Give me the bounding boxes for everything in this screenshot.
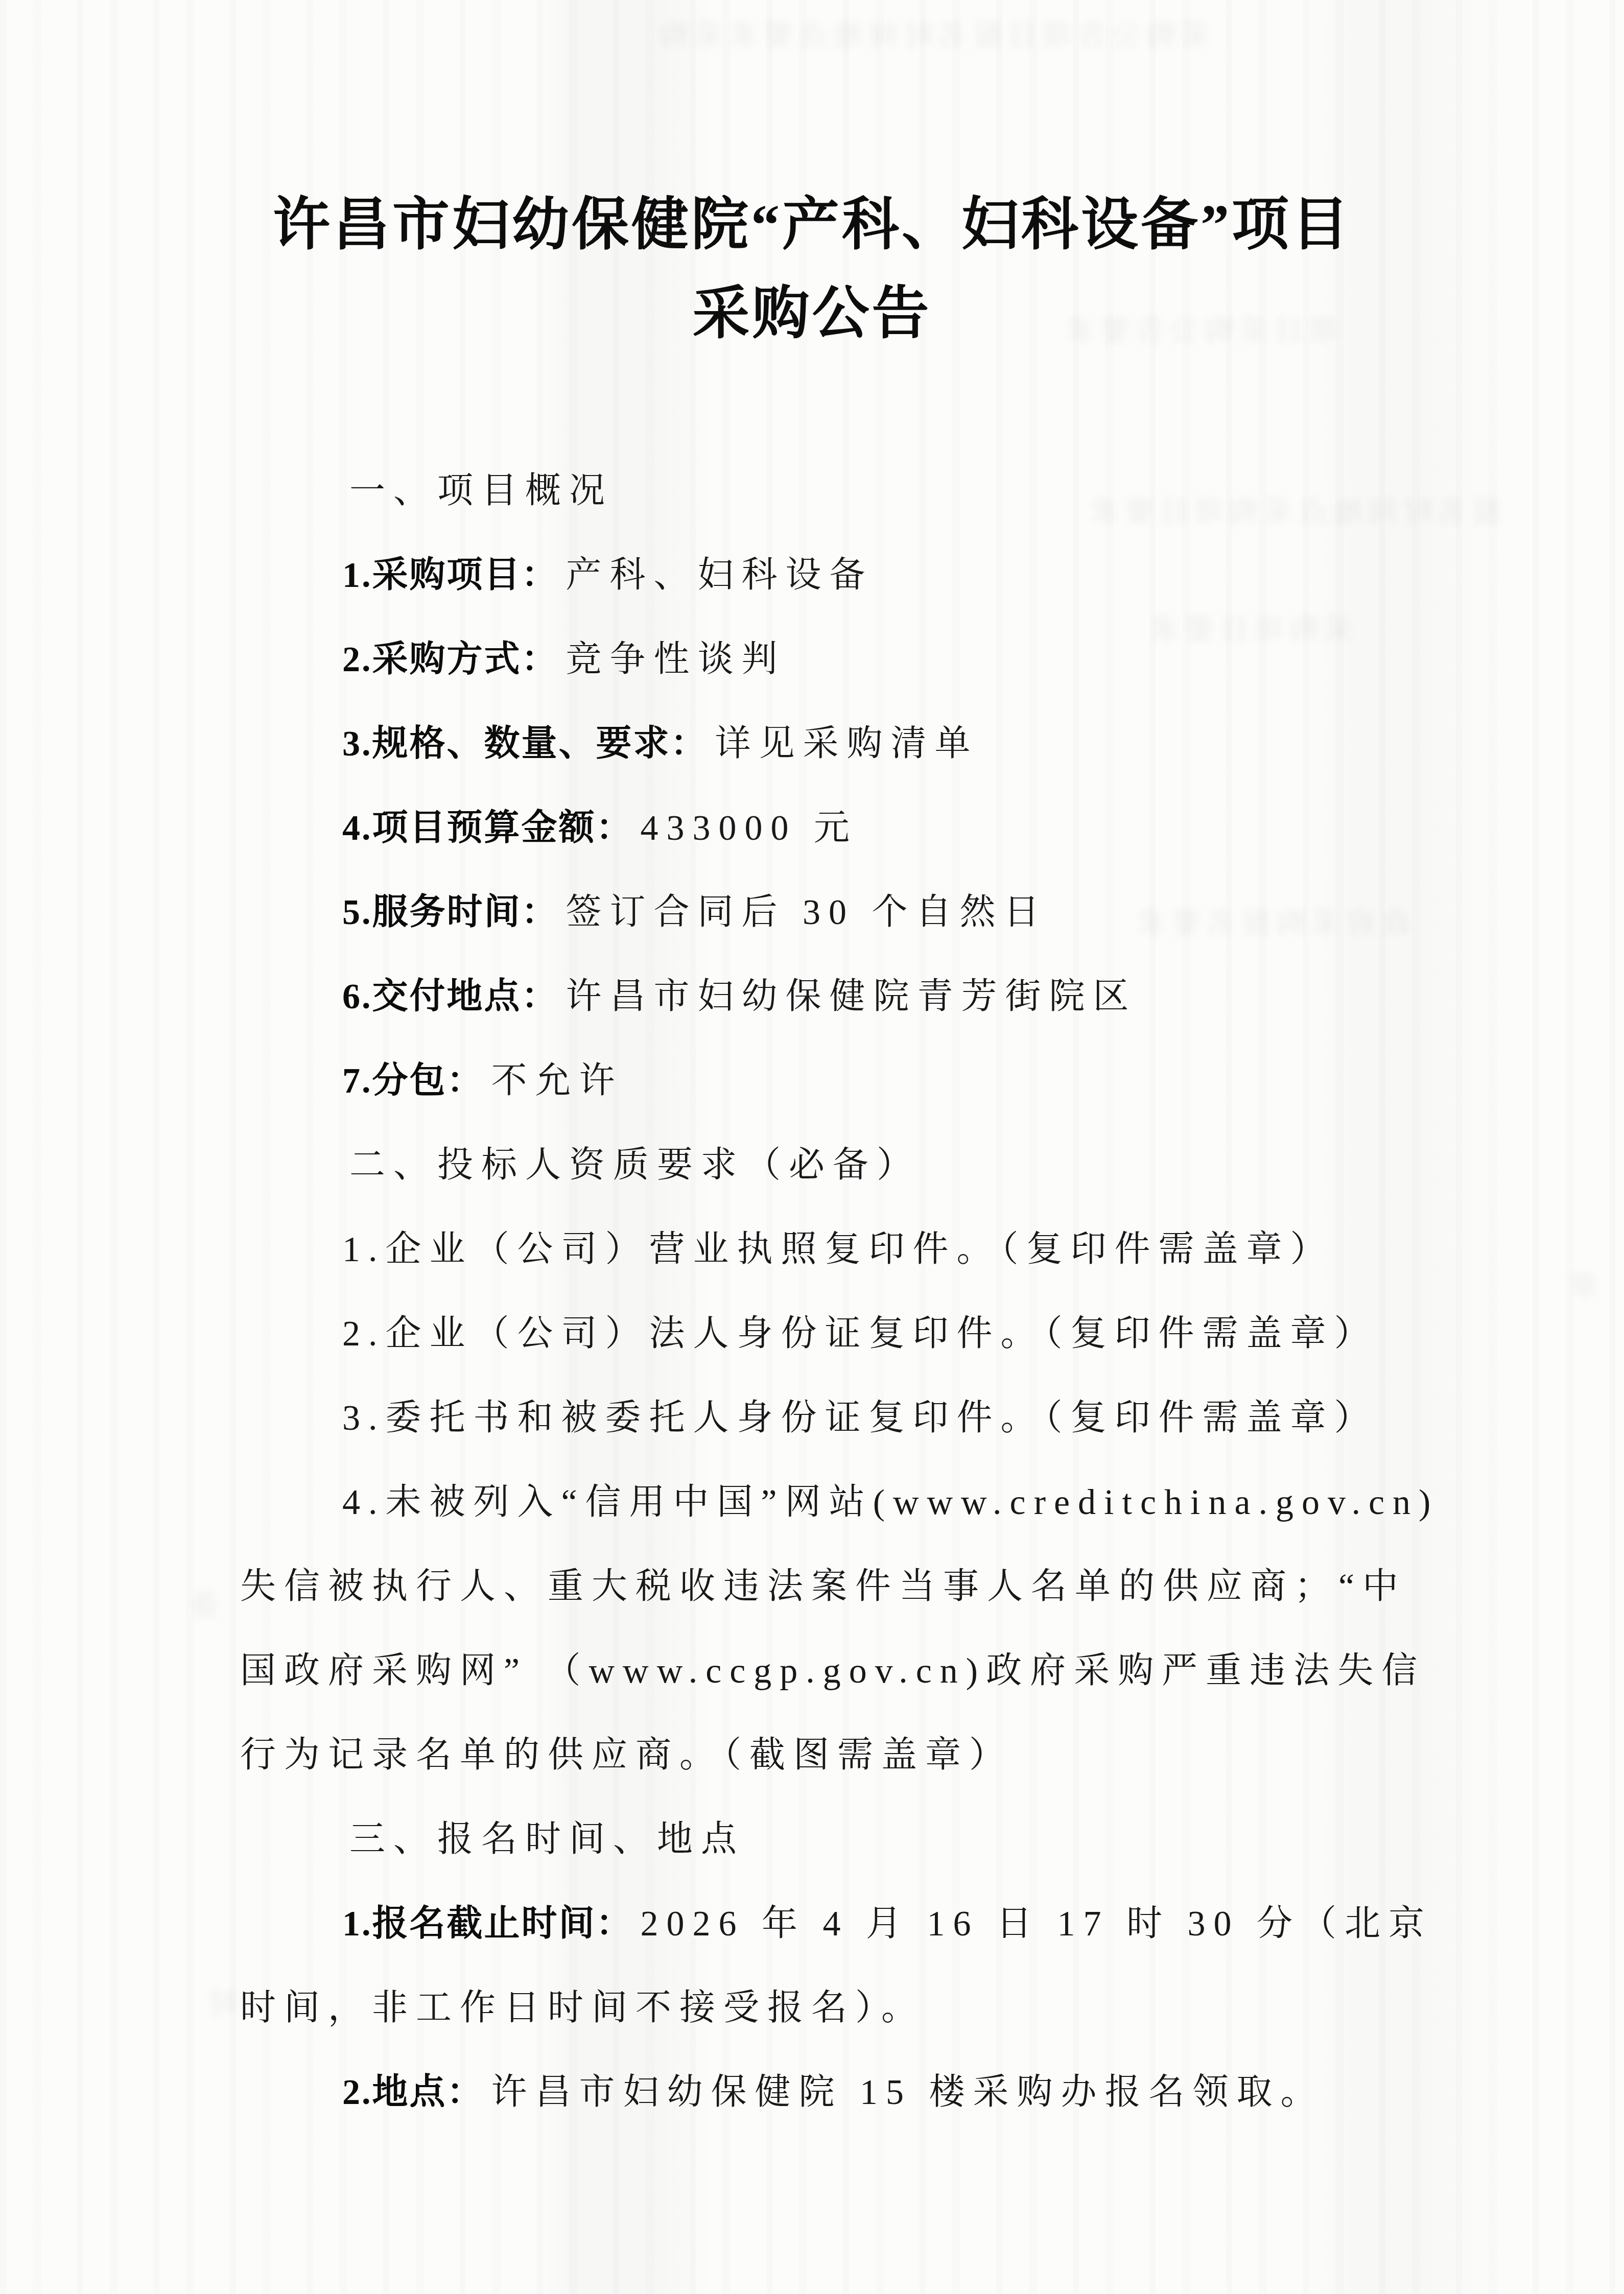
item-value: 许昌市妇幼保健院青芳街院区 xyxy=(566,977,1137,1016)
scanned-document-page: 采购公告项目报名时间地点要求采购 项目采购公告要求 报名时间地点采购项目要求 采… xyxy=(0,0,1624,2294)
document-title-line-1: 许昌市妇幼保健院“产科、妇科设备”项目 xyxy=(61,181,1563,270)
body-text: 行为记录名单的供应商。（截图需盖章） xyxy=(240,1736,1013,1775)
item-value: 竞争性谈判 xyxy=(566,640,786,679)
qualification-item-3: 3.委托书和被委托人身份证复印件。（复印件需盖章） xyxy=(342,1401,1491,1436)
body-text: 时间，非工作日时间不接受报名）。 xyxy=(240,1989,925,2028)
qualification-item-2: 2.企业（公司）法人身份证复印件。（复印件需盖章） xyxy=(342,1316,1491,1352)
body-text: 3.委托书和被委托人身份证复印件。（复印件需盖章） xyxy=(342,1399,1378,1438)
item-label: 2.地点： xyxy=(342,2073,484,2112)
bleed-through-ghost-text: 采购公告项目报名时间地点要求采购 xyxy=(521,11,1211,54)
item-value: 不允许 xyxy=(491,1061,623,1101)
item-label: 6.交付地点： xyxy=(342,977,559,1016)
item-value: 许昌市妇幼保健院 15 楼采购办报名领取。 xyxy=(491,2073,1325,2112)
item-label: 2.采购方式： xyxy=(342,640,559,679)
item-label: 1.采购项目： xyxy=(342,556,559,595)
item-registration-place: 2.地点：许昌市妇幼保健院 15 楼采购办报名领取。 xyxy=(342,2075,1491,2111)
item-label: 1.报名截止时间： xyxy=(342,1904,633,1944)
item-subcontract: 7.分包：不允许 xyxy=(342,1063,1491,1099)
document-title: 许昌市妇幼保健院“产科、妇科设备”项目 采购公告 xyxy=(61,181,1563,359)
document-body: 一、项目概况 1.采购项目：产科、妇科设备 2.采购方式：竞争性谈判 3.规格、… xyxy=(0,474,1624,2111)
section-heading-1: 一、项目概况 xyxy=(342,474,1491,509)
item-budget: 4.项目预算金额：433000 元 xyxy=(342,811,1491,846)
heading-text: 三、报名时间、地点 xyxy=(349,1820,745,1859)
body-text: 国政府采购网” （www.ccgp.gov.cn)政府采购严重违法失信 xyxy=(240,1651,1425,1691)
qualification-item-4-line-2: 失信被执行人、重大税收违法案件当事人名单的供应商；“中 xyxy=(240,1569,1491,1605)
heading-text: 一、项目概况 xyxy=(349,471,613,511)
item-purchase-project: 1.采购项目：产科、妇科设备 xyxy=(342,558,1491,594)
item-deadline-line-2: 时间，非工作日时间不接受报名）。 xyxy=(240,1991,1491,2026)
qualification-item-4-line-3: 国政府采购网” （www.ccgp.gov.cn)政府采购严重违法失信 xyxy=(240,1653,1491,1689)
item-value: 433000 元 xyxy=(641,809,858,848)
heading-text: 二、投标人资质要求（必备） xyxy=(349,1146,921,1185)
item-label: 5.服务时间： xyxy=(342,893,559,932)
item-label: 4.项目预算金额： xyxy=(342,809,633,848)
section-heading-2: 二、投标人资质要求（必备） xyxy=(342,1148,1491,1184)
item-value: 详见采购清单 xyxy=(715,724,979,764)
item-value: 2026 年 4 月 16 日 17 时 30 分（北京 xyxy=(641,1904,1433,1944)
item-value: 产科、妇科设备 xyxy=(566,556,874,595)
item-value: 签订合同后 30 个自然日 xyxy=(566,893,1048,932)
item-label: 7.分包： xyxy=(342,1061,484,1101)
body-text: 1.企业（公司）营业执照复印件。（复印件需盖章） xyxy=(342,1230,1334,1269)
qualification-item-1: 1.企业（公司）营业执照复印件。（复印件需盖章） xyxy=(342,1232,1491,1268)
body-text: 失信被执行人、重大税收违法案件当事人名单的供应商；“中 xyxy=(240,1567,1406,1606)
section-heading-3: 三、报名时间、地点 xyxy=(342,1822,1491,1858)
body-text: 2.企业（公司）法人身份证复印件。（复印件需盖章） xyxy=(342,1314,1378,1354)
item-label: 3.规格、数量、要求： xyxy=(342,724,708,764)
item-purchase-method: 2.采购方式：竞争性谈判 xyxy=(342,642,1491,678)
item-delivery-place: 6.交付地点：许昌市妇幼保健院青芳街院区 xyxy=(342,979,1491,1015)
qualification-item-4-line-1: 4.未被列入“信用中国”网站(www.creditchina.gov.cn) xyxy=(342,1485,1491,1521)
document-title-line-2: 采购公告 xyxy=(61,270,1563,359)
item-service-time: 5.服务时间：签订合同后 30 个自然日 xyxy=(342,895,1491,931)
qualification-item-4-line-4: 行为记录名单的供应商。（截图需盖章） xyxy=(240,1738,1491,1773)
item-deadline-line-1: 1.报名截止时间：2026 年 4 月 16 日 17 时 30 分（北京 xyxy=(342,1906,1491,1942)
item-spec-quantity: 3.规格、数量、要求：详见采购清单 xyxy=(342,726,1491,762)
body-text: 4.未被列入“信用中国”网站(www.creditchina.gov.cn) xyxy=(342,1483,1439,1522)
